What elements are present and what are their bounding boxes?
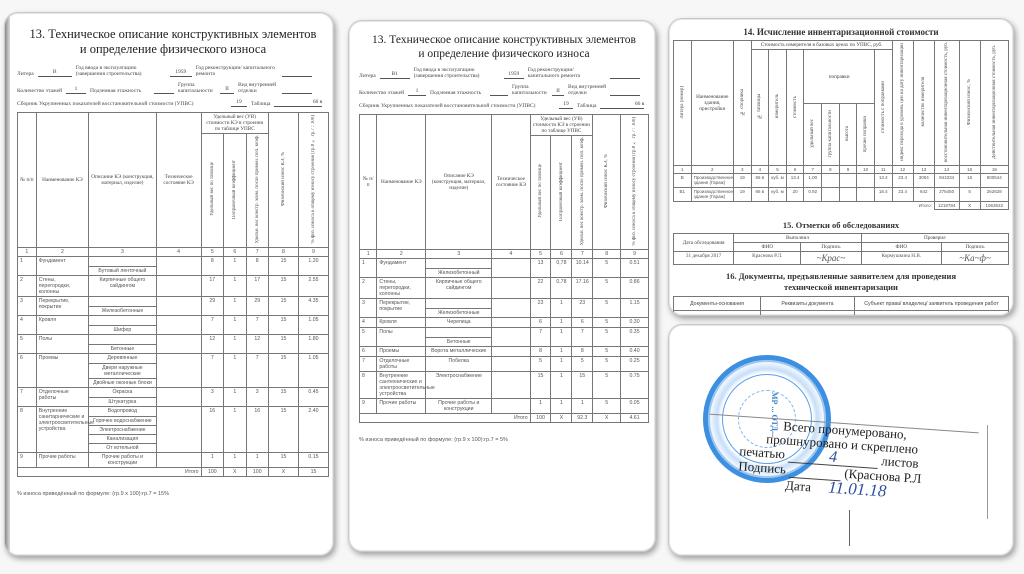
row-num: 3 [360, 298, 377, 317]
total-c6: Х [224, 467, 246, 476]
col-wear-share: % физ. износа к общему износу строения (… [621, 115, 649, 250]
row-state [156, 406, 201, 452]
desc-line: Горячее водоснабжение [89, 416, 155, 425]
column-index: 3 [89, 247, 156, 256]
col-qty-label: количество измерителя [921, 77, 926, 126]
row-c6: 1 [551, 346, 572, 356]
row-c8: 15 [268, 406, 298, 452]
desc-line [89, 316, 155, 325]
row-num: 8 [18, 406, 37, 452]
row-desc: Ворота металлические [426, 346, 492, 356]
column-index: 3 [733, 166, 751, 174]
col-doc-1: Реквизиты документа [761, 297, 855, 311]
cell: 19 [733, 174, 751, 188]
table-row: 9Прочие работыПрочие работы и конструкци… [360, 398, 649, 413]
row-c7: 8 [572, 346, 593, 356]
table-label: Таблица [577, 103, 596, 109]
table-row: 4КровляЧерепица61650.30 [360, 317, 649, 327]
col-state: Техническое состояние КЭ [156, 113, 201, 248]
col-c5: Удельный вес по таблице [201, 134, 223, 248]
col-wear: Физический износ КЭ, % [268, 113, 298, 248]
table-row: 3Перекрытие, покрытиеЖелезобетонные23123… [360, 298, 649, 317]
cell: 642 [913, 188, 934, 202]
total-c7: 92.3 [572, 413, 593, 422]
row-num: 4 [360, 317, 377, 327]
header-row: Дата обследованияВыполнилПроверил [674, 234, 1009, 243]
cell: 941034 [934, 174, 959, 188]
row-c5: 7 [201, 315, 223, 334]
row-c5: 16 [201, 406, 223, 452]
section-16-title: 16. Документы, предъявленные заявителем … [673, 271, 1009, 293]
desc-line: Кирпичные общего сайдингом [426, 278, 491, 292]
checker-name: Кормушкина Н.В. [861, 252, 941, 265]
col-measure-label: измеритель [775, 94, 780, 118]
row-state [492, 327, 530, 346]
row-c5: 6 [530, 317, 551, 327]
wear-table: № п/пНаименование КЭОписание КЭ (констру… [359, 114, 649, 423]
performer-signature: ~Крас~ [801, 252, 861, 265]
column-index: 6 [786, 166, 804, 174]
table-row: 1ФундаментБутовый ленточный818151.20 [18, 256, 329, 275]
row-c5: 8 [201, 256, 223, 275]
row-desc: Прочие работы и конструкции [89, 452, 156, 467]
row-state [492, 371, 530, 398]
table-row: 3Перекрытие, покрытиеЖелезобетонные29129… [18, 296, 329, 315]
year-value: 1959 [504, 71, 524, 79]
col-group-cost: Стоимость измерителя в базовых ценах по … [751, 41, 892, 50]
row-state [492, 258, 530, 277]
total-c9: 15 [298, 467, 328, 476]
document-page-certification: МР ... ОТД... Всего пронумеровано, прошн… [668, 324, 1014, 556]
row-num: 4 [18, 315, 37, 334]
col-sign: Подпись [941, 243, 1008, 252]
row-desc: Бетонные [426, 327, 492, 346]
checker-signature: ~Ка~ф~ [941, 252, 1008, 265]
inspection-marks-table: Дата обследованияВыполнилПроверилФИОПодп… [673, 233, 1009, 265]
table-value: 66 в [600, 101, 644, 109]
row-num: 9 [18, 452, 37, 467]
row-state [156, 275, 201, 296]
col-c7-label: Удельн. вес констр. элем. после примен. … [255, 135, 260, 244]
cell: 262628 [980, 188, 1008, 202]
col-index-label: индекс перехода в уровень цен на дату ин… [900, 43, 905, 161]
total-label: Итого [18, 467, 202, 476]
row-c6: 1 [224, 387, 246, 406]
row-c5: 22 [530, 277, 551, 298]
row-c8: 15 [268, 275, 298, 296]
wear-formula-note: % износа приведённый по формуле: (гр.9 х… [359, 437, 649, 443]
column-index: 7 [246, 247, 268, 256]
finish-value [610, 94, 640, 96]
row-c8: 15 [268, 315, 298, 334]
wear-table: № п/пНаименование КЭОписание КЭ (констру… [17, 112, 329, 477]
cell: 66 в [751, 188, 769, 202]
column-index: 2 [36, 247, 88, 256]
row-c7: 7 [246, 315, 268, 334]
row-c7: 3 [246, 387, 268, 406]
table-row: 6ПроемыВорота металлические81850.40 [360, 346, 649, 356]
signature-scrawl: ~Ка~ф~ [959, 253, 990, 263]
row-c7: 15 [572, 371, 593, 398]
column-index-row: 123456789 [18, 247, 329, 256]
row-desc: Электроснабжение [426, 371, 492, 398]
table-row: 4КровляШифер717151.05 [18, 315, 329, 334]
row-c5: 3 [201, 387, 223, 406]
floors-label: Количество этажей [359, 90, 404, 96]
row-c5: 15 [530, 371, 551, 398]
row-name: Проемы [377, 346, 426, 356]
row-desc: Бетонные [89, 334, 156, 353]
col-group-corrections: поправки [804, 50, 875, 104]
cell: 18.4 [874, 188, 892, 202]
col-phys-wear-label: Физический износ, % [967, 79, 972, 125]
row-c5: 13 [530, 258, 551, 277]
row-c9: 0.45 [298, 387, 328, 406]
cell: 23.4 [892, 188, 913, 202]
col-wear-label: Физический износ КЭ, % [281, 152, 286, 206]
row-name: Внутренние сантехнические и электроосвет… [377, 371, 426, 398]
row-name: Кровля [377, 317, 426, 327]
col-weight-label: удельный вес [810, 119, 815, 148]
row-c5: 1 [201, 452, 223, 467]
inspection-date: 31 декабря 2017 [674, 252, 734, 265]
total-phys-wear: Х [959, 202, 980, 210]
column-index: 2 [691, 166, 733, 174]
row-c7: 6 [572, 317, 593, 327]
col-c6: Поправочный коэффициент [224, 134, 246, 248]
column-index: 6 [551, 249, 572, 258]
cell: 19 [733, 188, 751, 202]
wear-formula-note: % износа приведённый по формуле: (гр.9 х… [17, 491, 329, 497]
row-num: 6 [360, 346, 377, 356]
cell: 0.92 [804, 188, 822, 202]
desc-line: Железобетонный [426, 268, 491, 277]
row-c5: 29 [201, 296, 223, 315]
column-index: 7 [804, 166, 822, 174]
row-c5: 7 [201, 353, 223, 387]
desc-line: Штукатурка [89, 397, 155, 406]
total-row: Итого100Х100Х15 [18, 467, 329, 476]
row-c6: 1 [224, 256, 246, 275]
row-desc: Железобетонные [426, 298, 492, 317]
cell: 13.4 [874, 174, 892, 188]
row-c8: 5 [593, 317, 621, 327]
desc-line: Ворота металлические [426, 347, 491, 356]
column-index: 9 [839, 166, 857, 174]
reconstruction-value [610, 77, 640, 79]
document-page-litera-v1: 13. Техническое описание конструктивных … [348, 20, 656, 552]
row-state [156, 256, 201, 275]
year-value: 1959 [170, 69, 192, 77]
column-index: 5 [201, 247, 223, 256]
col-table-label: № таблицы [757, 94, 762, 118]
row-c8: 15 [268, 334, 298, 353]
floors-label: Количество этажей [17, 88, 62, 94]
total-c7: 100 [246, 467, 268, 476]
empty-cell [854, 311, 1008, 316]
row-c7: 17 [246, 275, 268, 296]
col-name: Наименование здания, пристройки [691, 41, 733, 166]
table-row: 2Стены, перегородки, колонныКирпичные об… [18, 275, 329, 296]
row-c9: 1.05 [298, 353, 328, 387]
col-cost-corrected: стоимость с поправками [874, 50, 892, 166]
row-c9: 1.05 [298, 315, 328, 334]
row-c9: 0.05 [621, 398, 649, 413]
total-c5: 100 [530, 413, 551, 422]
underground-value [490, 94, 508, 96]
desc-line [426, 259, 491, 268]
row-c6: 1 [551, 298, 572, 317]
row-desc: Кирпичные общего сайдингом [426, 277, 492, 298]
desc-line: Железобетонные [89, 306, 155, 315]
desc-line: Шифер [89, 325, 155, 334]
row-c5: 7 [530, 327, 551, 346]
row-name: Отделочные работы [36, 387, 88, 406]
row-num: 3 [18, 296, 37, 315]
col-name: Наименование КЭ [377, 115, 426, 250]
desc-line [89, 257, 155, 266]
total-c6: Х [551, 413, 572, 422]
cell: 20 [786, 188, 804, 202]
cell: 276450 [934, 188, 959, 202]
col-c7: Удельн. вес констр. элем. после примен. … [572, 136, 593, 250]
col-num: № п/п [360, 115, 377, 250]
col-num: № п/п [18, 113, 37, 248]
col-actual-cost: Действительная инвентаризационная стоимо… [980, 41, 1008, 166]
row-c9: 2.40 [298, 406, 328, 452]
row-c8: 5 [593, 371, 621, 398]
col-wear: Физический износ КЭ, % [593, 115, 621, 250]
empty-cell [761, 311, 855, 316]
row-num: 9 [360, 398, 377, 413]
column-index: 6 [224, 247, 246, 256]
column-index: 1 [360, 249, 377, 258]
col-sign: Подпись [801, 243, 861, 252]
column-index: 11 [874, 166, 892, 174]
row-c6: 1 [551, 371, 572, 398]
building-meta: Литера В Год ввода в эксплуатацию (завер… [17, 65, 329, 107]
row-c8: 5 [593, 258, 621, 277]
col-c6-label: Поправочный коэффициент [559, 162, 564, 221]
row-c7: 7 [572, 327, 593, 346]
col-actual-cost-label: Действительная инвентаризационная стоимо… [992, 45, 997, 159]
desc-line [89, 297, 155, 306]
litera-value: В [38, 69, 72, 77]
row-name: Отделочные работы [377, 356, 426, 371]
col-sbornik-label: № сборника [740, 89, 745, 115]
col-litera-label: Литера (номер) [680, 86, 685, 119]
row-c9: 1.80 [298, 334, 328, 353]
row-num: 8 [360, 371, 377, 398]
table-row: 1ФундаментЖелезобетонный130,7810.1450.51 [360, 258, 649, 277]
underground-value [154, 92, 174, 94]
row-desc: Кирпичные общего сайдингом [89, 275, 156, 296]
cell [822, 188, 840, 202]
column-index: 3 [426, 249, 492, 258]
desc-line: Черепица [426, 318, 491, 327]
col-phys-wear: Физический износ, % [959, 41, 980, 166]
col-cost-label: стоимость [793, 96, 798, 118]
row-c8: 5 [593, 398, 621, 413]
finish-label: Вид внутренней отделки [568, 84, 606, 96]
table-row: 31 декабря 2017Краснова Р.Л.~Крас~Кормуш… [674, 252, 1009, 265]
col-state: Техническое состояние КЭ [492, 115, 530, 250]
row-c9: 0.75 [621, 371, 649, 398]
empty-cell [674, 311, 761, 316]
column-index: 4 [751, 166, 769, 174]
group-value: II [552, 88, 564, 96]
row-c8: 5 [593, 298, 621, 317]
header-row: № п/пНаименование КЭОписание КЭ (констру… [360, 115, 649, 136]
row-num: 7 [360, 356, 377, 371]
row-c8: 5 [593, 346, 621, 356]
col-fio: ФИО [861, 243, 941, 252]
row-c5: 5 [530, 356, 551, 371]
row-c9: 1.15 [621, 298, 649, 317]
row-c6: 1 [224, 406, 246, 452]
row-c8: 15 [268, 256, 298, 275]
desc-line: Побелка [426, 357, 491, 366]
document-page-inventory-cost: 14. Исчисление инвентаризационной стоимо… [668, 18, 1014, 316]
row-c6: 1 [224, 452, 246, 467]
litera-value: В1 [380, 71, 410, 79]
row-c6: 0,78 [551, 258, 572, 277]
col-other-label: прочие поправки [863, 116, 868, 152]
row-c6: 1 [551, 398, 572, 413]
cell: В1 [674, 188, 692, 202]
row-name: Проемы [36, 353, 88, 387]
row-name: Стены, перегородки, колонны [377, 277, 426, 298]
row-state [492, 277, 530, 298]
floors-value: 1 [66, 86, 86, 94]
signature-scrawl: ~Крас~ [817, 253, 846, 263]
page-title: 13. Техническое описание конструктивных … [359, 33, 649, 61]
section-14-title: 14. Исчисление инвентаризационной стоимо… [673, 27, 1009, 37]
col-doc-0: Документы-основания [674, 297, 761, 311]
col-height-label: высота [845, 126, 850, 141]
desc-line: Канализация [89, 434, 155, 443]
row-name: Внутренние санитарнические и электроосве… [36, 406, 88, 452]
col-litera: Литера (номер) [674, 41, 692, 166]
inventory-cost-table: Литера (номер)Наименование здания, прист… [673, 40, 1009, 210]
row-c7: 17.16 [572, 277, 593, 298]
upvs-value: 19 [559, 101, 573, 109]
upvs-label: Сборник Укрупненных показателей восстано… [17, 101, 227, 107]
desc-line: Двери наружные металлические [89, 363, 155, 378]
desc-line: Деревянные [89, 354, 155, 363]
row-name: Перекрытие, покрытие [377, 298, 426, 317]
column-index-row: 12345678910111213141516 [674, 166, 1009, 174]
row-c9: 0.51 [621, 258, 649, 277]
cell: 13.4 [786, 174, 804, 188]
column-index: 14 [934, 166, 959, 174]
group-label: Группа капитальности [512, 84, 548, 96]
column-index: 16 [980, 166, 1008, 174]
handwritten-date: 11.01.18 [828, 478, 887, 501]
desc-line: Бетонные [89, 344, 155, 353]
litera-label: Литера [17, 71, 34, 77]
desc-line: Кирпичные общего сайдингом [89, 276, 155, 290]
desc-line: Прочие работы и конструкции [426, 399, 491, 413]
table-row: 8Внутренние сантехнические и электроосве… [360, 371, 649, 398]
row-state [156, 387, 201, 406]
col-desc: Описание КЭ (конструкция, материал, изде… [426, 115, 492, 250]
row-c7: 8 [246, 256, 268, 275]
row-state [492, 398, 530, 413]
row-state [156, 315, 201, 334]
cell: Производственное здание (Гараж) [691, 174, 733, 188]
row-c9: 1.20 [298, 256, 328, 275]
page-title: 13. Техническое описание конструктивных … [17, 27, 329, 57]
cell: 5 [959, 188, 980, 202]
row-state [156, 353, 201, 387]
row-desc: Железобетонные [89, 296, 156, 315]
col-c5-label: Удельный вес по таблице [210, 162, 215, 216]
desc-line: Электроснабжение [426, 372, 491, 381]
column-index: 5 [530, 249, 551, 258]
table-row: 9Прочие работыПрочие работы и конструкци… [18, 452, 329, 467]
desc-line: От котельной [89, 443, 155, 452]
row-c5: 23 [530, 298, 551, 317]
cell: 3004 [913, 174, 934, 188]
year-label: Год ввода в эксплуатацию (завершения стр… [76, 65, 166, 77]
col-c6-label: Поправочный коэффициент [232, 160, 237, 219]
col-name: Наименование КЭ [36, 113, 88, 248]
col-c5: Удельный вес по таблице [530, 136, 551, 250]
table-row: 5ПолыБетонные12112151.80 [18, 334, 329, 353]
col-date: Дата обследования [674, 234, 734, 252]
row-c8: 15 [268, 387, 298, 406]
certification-block: Всего пронумеровано, прошнуровано и скре… [757, 418, 972, 505]
row-desc: Железобетонный [426, 258, 492, 277]
column-index: 2 [377, 249, 426, 258]
col-weight: удельный вес [804, 104, 822, 166]
header-row: № п/пНаименование КЭОписание КЭ (констру… [18, 113, 329, 134]
total-c8: Х [593, 413, 621, 422]
desc-line [89, 335, 155, 344]
row-num: 6 [18, 353, 37, 387]
row-name: Фундамент [377, 258, 426, 277]
row-c6: 1 [551, 356, 572, 371]
total-label: Итого [360, 413, 531, 422]
col-table: № таблицы [751, 50, 769, 166]
cert-frame-line [849, 510, 850, 546]
row-desc: Побелка [426, 356, 492, 371]
reconstruction-label: Год реконструкции/ капитального ремонта [528, 67, 606, 79]
row-c9: 0.15 [298, 452, 328, 467]
row-c9: 0.30 [621, 317, 649, 327]
row-c7: 12 [246, 334, 268, 353]
cell: Производственное здание (Гараж) [691, 188, 733, 202]
row-name: Перекрытие, покрытие [36, 296, 88, 315]
table-row: В1Производственное здание (Гараж)1966 вк… [674, 188, 1009, 202]
row-c7: 1 [246, 452, 268, 467]
column-index: 10 [857, 166, 875, 174]
group-label: Группа капитальности [178, 82, 216, 94]
col-c7: Удельн. вес констр. элем. после примен. … [246, 134, 268, 248]
row-c6: 1 [551, 327, 572, 346]
litera-label: Литера [359, 73, 376, 79]
col-capital-group-label: группа капитальности [828, 110, 833, 157]
row-c9: 0.40 [621, 346, 649, 356]
cell [822, 174, 840, 188]
column-index: 5 [769, 166, 787, 174]
header-row: Литера (номер)Наименование здания, прист… [674, 41, 1009, 50]
group-value: II [220, 86, 234, 94]
reconstruction-label: Год реконструкции/ капитального ремонта [196, 65, 278, 77]
row-c8: 15 [268, 353, 298, 387]
column-index: 7 [572, 249, 593, 258]
